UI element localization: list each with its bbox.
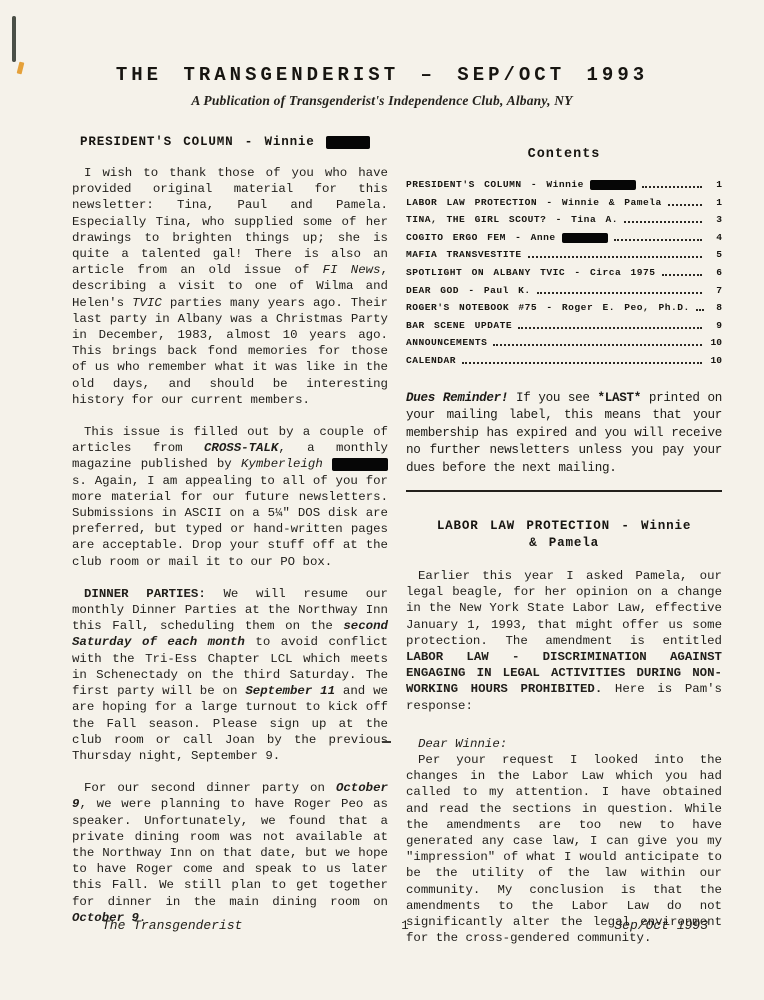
toc-entry-label: LABOR LAW PROTECTION - Winnie & Pamela [406, 197, 662, 208]
toc-dot-leader [696, 309, 704, 311]
footer-newsletter-name: The Transgenderist [102, 918, 242, 933]
contents-heading: Contents [406, 147, 722, 162]
toc-entry: BAR SCENE UPDATE 9 [406, 320, 722, 331]
toc-dot-leader [462, 362, 702, 364]
presidents-column-paragraph: I wish to thank those of you who have pr… [72, 165, 388, 408]
presidents-column-paragraph: This issue is filled out by a couple of … [72, 424, 388, 570]
newsletter-title: THE TRANSGENDERIST – SEP/OCT 1993 [0, 64, 764, 86]
toc-entry-page: 4 [706, 232, 722, 243]
labor-law-heading: LABOR LAW PROTECTION - Winnie & Pamela [406, 518, 722, 552]
toc-dot-leader [537, 292, 702, 294]
toc-entry: SPOTLIGHT ON ALBANY TVIC - Circa 1975 6 [406, 267, 722, 278]
right-column: Contents PRESIDENT'S COLUMN - Winnie 1 L… [406, 135, 722, 946]
toc-entry-page: 10 [706, 337, 722, 348]
toc-entry-label: CALENDAR [406, 355, 456, 366]
toc-dot-leader [614, 239, 702, 241]
scan-artifact-vertical-mark [12, 16, 16, 62]
toc-entry-page: 8 [708, 302, 722, 313]
toc-entry: TINA, THE GIRL SCOUT? - Tina A. 3 [406, 214, 722, 225]
toc-entry-label: MAFIA TRANSVESTITE [406, 249, 522, 260]
letter-salutation: Dear Winnie: [406, 736, 722, 752]
redaction-box [562, 233, 608, 243]
toc-entry: LABOR LAW PROTECTION - Winnie & Pamela 1 [406, 197, 722, 208]
toc-entry: COGITO ERGO FEM - Anne 4 [406, 232, 722, 243]
labor-law-paragraph: Earlier this year I asked Pamela, our le… [406, 568, 722, 714]
section-divider [406, 490, 722, 492]
toc-entry: DEAR GOD - Paul K. 7 [406, 285, 722, 296]
newsletter-page: THE TRANSGENDERIST – SEP/OCT 1993 A Publ… [0, 0, 764, 1000]
table-of-contents: PRESIDENT'S COLUMN - Winnie 1 LABOR LAW … [406, 179, 722, 366]
toc-dot-leader [668, 204, 702, 206]
toc-entry-page: 1 [706, 197, 722, 208]
two-column-layout: PRESIDENT'S COLUMN - Winnie I wish to th… [0, 109, 764, 946]
page-header: THE TRANSGENDERIST – SEP/OCT 1993 A Publ… [0, 0, 764, 109]
toc-dot-leader [493, 344, 702, 346]
toc-entry-page: 5 [706, 249, 722, 260]
toc-entry-page: 6 [706, 267, 722, 278]
toc-entry: ANNOUNCEMENTS 10 [406, 337, 722, 348]
newsletter-subtitle: A Publication of Transgenderist's Indepe… [0, 93, 764, 109]
toc-entry-label: DEAR GOD - Paul K. [406, 285, 531, 296]
toc-entry-page: 1 [706, 179, 722, 190]
presidents-column-heading: PRESIDENT'S COLUMN - Winnie [72, 135, 388, 149]
toc-entry-label: ANNOUNCEMENTS [406, 337, 487, 348]
toc-dot-leader [624, 221, 702, 223]
page-footer: The Transgenderist 1 Sep/Oct 1993 [102, 918, 708, 933]
redaction-box [326, 136, 370, 149]
toc-entry-page: 3 [706, 214, 722, 225]
toc-entry-label: TINA, THE GIRL SCOUT? - Tina A. [406, 214, 618, 225]
pamela-letter: Dear Winnie: Per your request I looked i… [406, 736, 722, 947]
toc-entry-label: BAR SCENE UPDATE [406, 320, 512, 331]
presidents-column-heading-text: PRESIDENT'S COLUMN - Winnie [80, 135, 315, 149]
toc-entry-label: ROGER'S NOTEBOOK #75 - Roger E. Peo, Ph.… [406, 302, 690, 313]
redaction-box [590, 180, 636, 190]
toc-entry-page: 9 [706, 320, 722, 331]
toc-entry: CALENDAR 10 [406, 355, 722, 366]
left-column: PRESIDENT'S COLUMN - Winnie I wish to th… [72, 135, 388, 946]
toc-dot-leader [518, 327, 702, 329]
toc-dot-leader [642, 186, 702, 188]
footer-issue-date: Sep/Oct 1993 [614, 918, 708, 933]
toc-entry-label: PRESIDENT'S COLUMN - Winnie [406, 179, 584, 190]
presidents-column-paragraph: For our second dinner party on October 9… [72, 780, 388, 926]
toc-entry: MAFIA TRANSVESTITE 5 [406, 249, 722, 260]
dues-reminder: Dues Reminder! If you see *LAST* printed… [406, 390, 722, 477]
toc-entry-label: SPOTLIGHT ON ALBANY TVIC - Circa 1975 [406, 267, 656, 278]
presidents-column-paragraph: DINNER PARTIES: We will resume our month… [72, 586, 388, 764]
toc-entry-page: 10 [706, 355, 722, 366]
toc-entry: PRESIDENT'S COLUMN - Winnie 1 [406, 179, 722, 190]
scan-artifact-margin-tick [382, 741, 391, 743]
toc-entry-page: 7 [706, 285, 722, 296]
toc-entry: ROGER'S NOTEBOOK #75 - Roger E. Peo, Ph.… [406, 302, 722, 313]
toc-entry-label: COGITO ERGO FEM - Anne [406, 232, 556, 243]
toc-dot-leader [662, 274, 702, 276]
footer-page-number: 1 [401, 919, 409, 933]
toc-dot-leader [528, 256, 702, 258]
